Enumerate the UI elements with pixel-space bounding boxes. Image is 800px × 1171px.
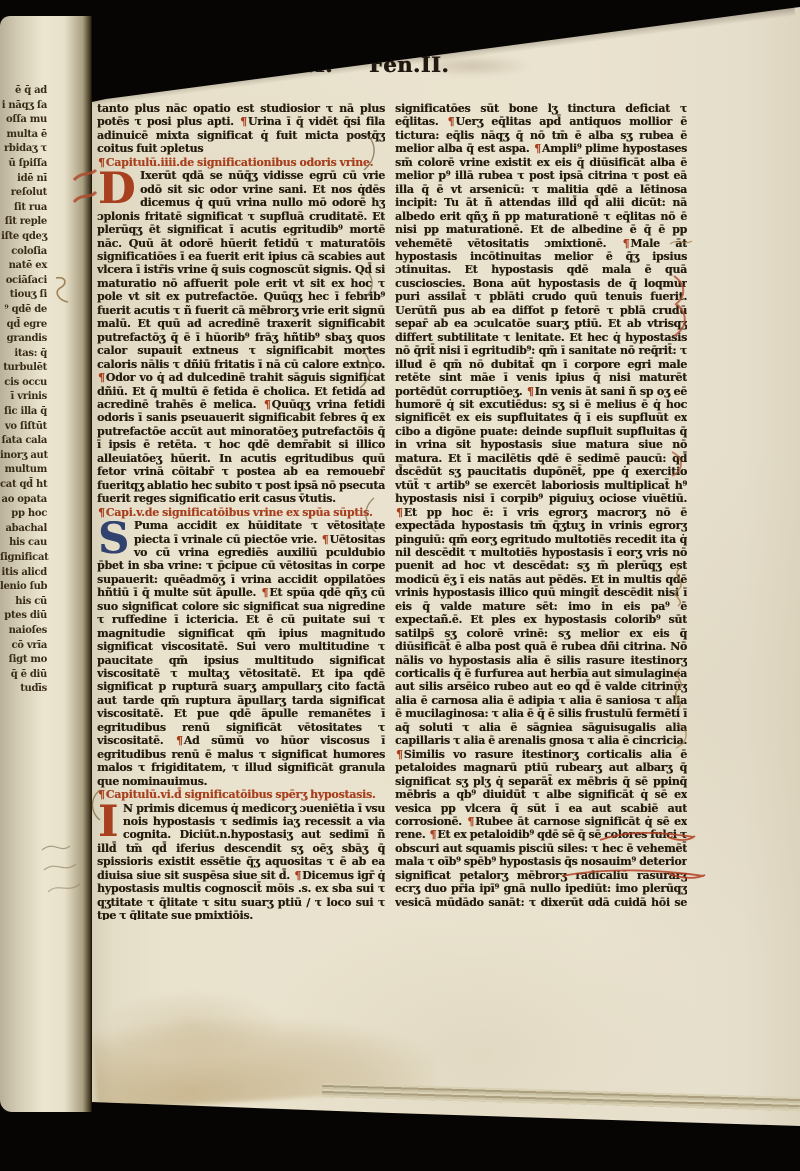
paragraph-mark: ¶	[260, 586, 269, 599]
gutter-text-fragment: ſit rua	[0, 201, 47, 216]
gutter-text-fragment: vo ſiſtūt	[0, 420, 47, 435]
gutter-text-fragment: itas: q̄	[0, 347, 47, 362]
gutter-text-fragment: itis alicd	[0, 566, 47, 581]
body-paragraph: IN primis dicemus q̇ medicorʒ ɔueniētia …	[97, 802, 385, 920]
gutter-text-fragment: cis occu	[0, 376, 47, 391]
gutter-text-fragment: multa ē	[0, 128, 47, 143]
page: Lib.I.Fen.II. tanto plus nāc opatio est …	[92, 0, 800, 1171]
gutter-text-fragment: qd̄ egre	[0, 318, 47, 333]
gutter-text-fragment: his cau	[0, 536, 47, 551]
gutter-text-fragment: ſit reple	[0, 215, 47, 230]
chapter-rubric: ¶Capitulū.vi.d̄ significatōibus spērʒ hy…	[97, 788, 385, 801]
gutter-text-fragment: ſigt mo	[0, 653, 47, 668]
gutter-text-fragment: tiouʒ ſi	[0, 288, 47, 303]
paragraph-mark: ¶	[526, 385, 535, 398]
gutter-text-fragment: abachal	[0, 522, 47, 537]
gutter-text-fragment: multum	[0, 463, 47, 478]
gutter-text-fragment: pp hoc	[0, 507, 47, 522]
body-paragraph: tanto plus nāc opatio est studiosior τ n…	[97, 102, 385, 156]
gutter-text-fragment: rbidaʒ τ	[0, 142, 47, 157]
paragraph-mark: ¶	[97, 788, 106, 801]
gutter-text-fragment: inorʒ aut	[0, 449, 47, 464]
gutter-text-fragment: ociāſaci	[0, 274, 47, 289]
paragraph-mark: ¶	[447, 115, 456, 128]
gutter-text-fragment: q̄ ē diū	[0, 668, 47, 683]
gutter-text-fragment: lenio ſub	[0, 580, 47, 595]
body-paragraph: DIxerūt qdā se nūq̄ʒ vidisse egrū cū vri…	[97, 169, 385, 505]
gutter-text-fragment: ē q̄ ad	[0, 84, 47, 99]
gutter-text-fragment: ī vrinis	[0, 390, 47, 405]
paragraph-mark: ¶	[429, 828, 438, 841]
illuminated-initial: D	[97, 169, 140, 207]
column-left: tanto plus nāc opatio est studiosior τ n…	[97, 102, 385, 920]
paragraph-mark: ¶	[293, 869, 302, 882]
gutter-text-fragment: his cū	[0, 595, 47, 610]
body-paragraph: SPuma accidit ex hūiditate τ vētositate …	[97, 519, 385, 788]
gutter-text-fragment: ſic illa q̄	[0, 405, 47, 420]
gutter-text-fragment: iſte qdeʒ	[0, 230, 47, 245]
gutter-text-fragment: idē nī	[0, 172, 47, 187]
body-paragraph: significatōes sūt bone lʒ tinctura defic…	[395, 102, 687, 906]
chapter-rubric: ¶Capi.v.de significatōibus vrine ex spūa…	[97, 506, 385, 519]
gutter-text-fragment: ſignificat	[0, 551, 47, 566]
chapter-rubric: ¶Capitulū.iiii.de significationibus odor…	[97, 156, 385, 169]
gutter-text-fragment: reſolut	[0, 186, 47, 201]
gutter-text-fragment: ao opata	[0, 493, 47, 508]
paragraph-mark: ¶	[175, 734, 184, 747]
illuminated-initial: I	[97, 802, 123, 840]
ink-offset-smudge	[412, 55, 532, 77]
gutter-text-fragment: ptes diū	[0, 609, 47, 624]
book-photo: ē q̄ adi nāqʒ ſaoſſa mumulta ērbidaʒ τū …	[0, 0, 800, 1171]
gutter-text-fragment: naioſes	[0, 624, 47, 639]
illuminated-initial: S	[97, 519, 134, 557]
gutter-text-fragment: cō vrīa	[0, 639, 47, 654]
paragraph-mark: ¶	[395, 506, 404, 519]
gutter-text-fragment: oſſa mu	[0, 113, 47, 128]
gutter-text-fragment: natē ex	[0, 259, 47, 274]
paragraph-mark: ¶	[466, 815, 475, 828]
paragraph-mark: ¶	[533, 142, 542, 155]
paragraph-mark: ¶	[239, 115, 248, 128]
paragraph-mark: ¶	[395, 748, 404, 761]
header-book-label: Lib.I.	[268, 52, 333, 77]
gutter-text-fragment: ⁹ qdē de	[0, 303, 47, 318]
paragraph-mark: ¶	[97, 371, 106, 384]
column-right: significatōes sūt bone lʒ tinctura defic…	[395, 102, 687, 906]
gutter-text-fragment: ſata cala	[0, 434, 47, 449]
gutter-text-fragment: coloſia	[0, 245, 47, 260]
gutter-text-fragment: turbulēt	[0, 361, 47, 376]
gutter-text-fragment: cat qd̄ ht	[0, 478, 47, 493]
gutter-text-fragment: i nāqʒ ſa	[0, 99, 47, 114]
paragraph-mark: ¶	[263, 398, 272, 411]
paragraph-mark: ¶	[97, 156, 106, 169]
gutter-fragments: ē q̄ adi nāqʒ ſaoſſa mumulta ērbidaʒ τū …	[0, 84, 50, 697]
paragraph-mark: ¶	[97, 506, 106, 519]
gutter-strip: ē q̄ adi nāqʒ ſaoſſa mumulta ērbidaʒ τū …	[0, 16, 92, 1112]
gutter-text-fragment: grandis	[0, 332, 47, 347]
page-stack-edge	[322, 1083, 800, 1111]
gutter-text-fragment: tudīs	[0, 682, 47, 697]
gutter-text-fragment: ū ſpiſſa	[0, 157, 47, 172]
